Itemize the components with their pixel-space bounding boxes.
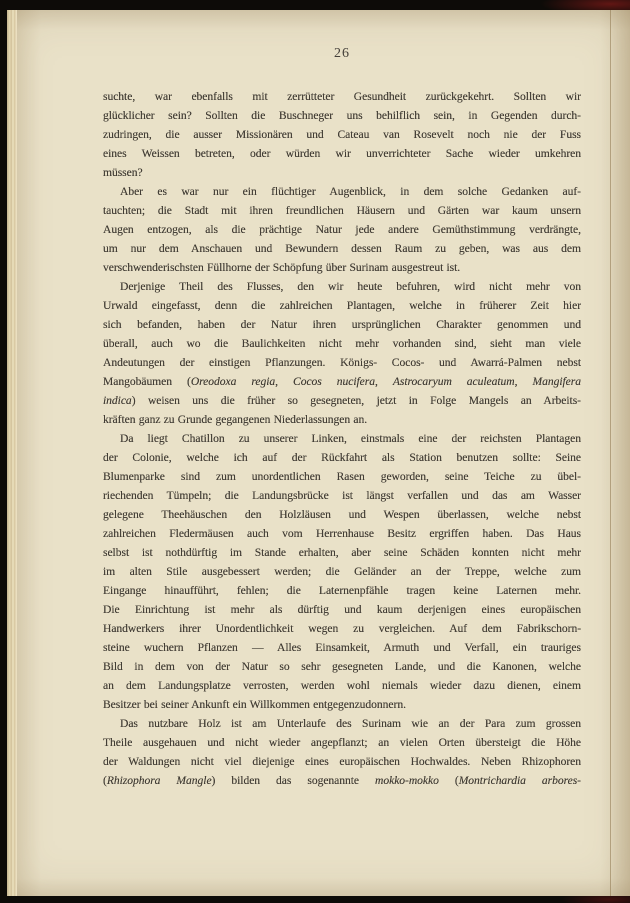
text-line: Andeutungen der einstigen Pflanzungen. K… [103, 353, 581, 372]
page-number: 26 [103, 46, 581, 62]
text-line: Urwald eingefasst, denn die zahlreichen … [103, 296, 581, 315]
paragraph: suchte, war ebenfalls mit zerrütteter Ge… [103, 87, 581, 182]
text-line: Handwerkers ihrer Unordentlichkeit wegen… [103, 619, 581, 638]
text-line: sich befanden, haben der Natur ihren urs… [103, 315, 581, 334]
text-line: überall, auch wo die Baulichkeiten nicht… [103, 334, 581, 353]
text-line: verschwenderischsten Füllhorne der Schöp… [103, 258, 581, 277]
text-line: zudringen, die ausser Missionären und Ca… [103, 125, 581, 144]
book-page: 26 suchte, war ebenfalls mit zerrütteter… [7, 10, 630, 896]
text-line: Blumenparke sind zum unordentlichen Rase… [103, 467, 581, 486]
text-line: Da liegt Chatillon zu unserer Linken, ei… [103, 429, 581, 448]
text-line: Besitzer bei seiner Ankunft ein Willkomm… [103, 695, 581, 714]
text-line: kräften ganz zu Grunde gegangenen Nieder… [103, 410, 581, 429]
text-line: Die Einrichtung ist mehr als dürftig und… [103, 600, 581, 619]
text-line: um nur dem Anschauen und Bewundern desse… [103, 239, 581, 258]
text-line: zahlreichen Fledermäusen auch vom Herren… [103, 524, 581, 543]
text-line: Mangobäumen (Oreodoxa regia, Cocos nucif… [103, 372, 581, 391]
text-line: steine wuchern Pflanzen — Alles Einsamke… [103, 638, 581, 657]
text-line: müssen? [103, 163, 581, 182]
paragraph: Derjenige Theil des Flusses, den wir heu… [103, 277, 581, 429]
text-line: (Rhizophora Mangle) bilden das sogenannt… [103, 771, 581, 790]
paragraph: Da liegt Chatillon zu unserer Linken, ei… [103, 429, 581, 714]
text-line: riechenden Tümpeln; die Landungsbrücke i… [103, 486, 581, 505]
text-line: Theile ausgehauen und nicht wieder angep… [103, 733, 581, 752]
text-line: der Colonie, welche ich auf der Rückfahr… [103, 448, 581, 467]
text-line: glücklicher sein? Sollten die Buschneger… [103, 106, 581, 125]
page-edge-right [610, 10, 630, 896]
text-line: Aber es war nur ein flüchtiger Augenblic… [103, 182, 581, 201]
page-edge-left [7, 10, 17, 896]
paragraph: Das nutzbare Holz ist am Unterlaufe des … [103, 714, 581, 790]
text-block: suchte, war ebenfalls mit zerrütteter Ge… [103, 87, 581, 790]
text-line: gelegene Theehäuschen den Holzläusen und… [103, 505, 581, 524]
text-line: Bild in dem von der Natur so sehr gesegn… [103, 657, 581, 676]
text-line: suchte, war ebenfalls mit zerrütteter Ge… [103, 87, 581, 106]
text-line: im alten Stile ausgebessert werden; die … [103, 562, 581, 581]
text-line: Derjenige Theil des Flusses, den wir heu… [103, 277, 581, 296]
text-line: Eingange hinaufführt, fehlen; die Latern… [103, 581, 581, 600]
text-line: tauchten; die Stadt mit ihren freundlich… [103, 201, 581, 220]
text-line: eines Weissen betreten, oder würden wir … [103, 144, 581, 163]
text-line: selbst ist nothdürftig im Stande erhalte… [103, 543, 581, 562]
text-line: Augen entzogen, als die prächtige Natur … [103, 220, 581, 239]
text-line: indica) weisen uns die früher so gesegne… [103, 391, 581, 410]
text-line: der Waldungen nicht viel diejenige eines… [103, 752, 581, 771]
text-line: Das nutzbare Holz ist am Unterlaufe des … [103, 714, 581, 733]
text-line: an dem Landungsplatze verrosten, werden … [103, 676, 581, 695]
paragraph: Aber es war nur ein flüchtiger Augenblic… [103, 182, 581, 277]
scan-background: 26 suchte, war ebenfalls mit zerrütteter… [0, 0, 630, 903]
